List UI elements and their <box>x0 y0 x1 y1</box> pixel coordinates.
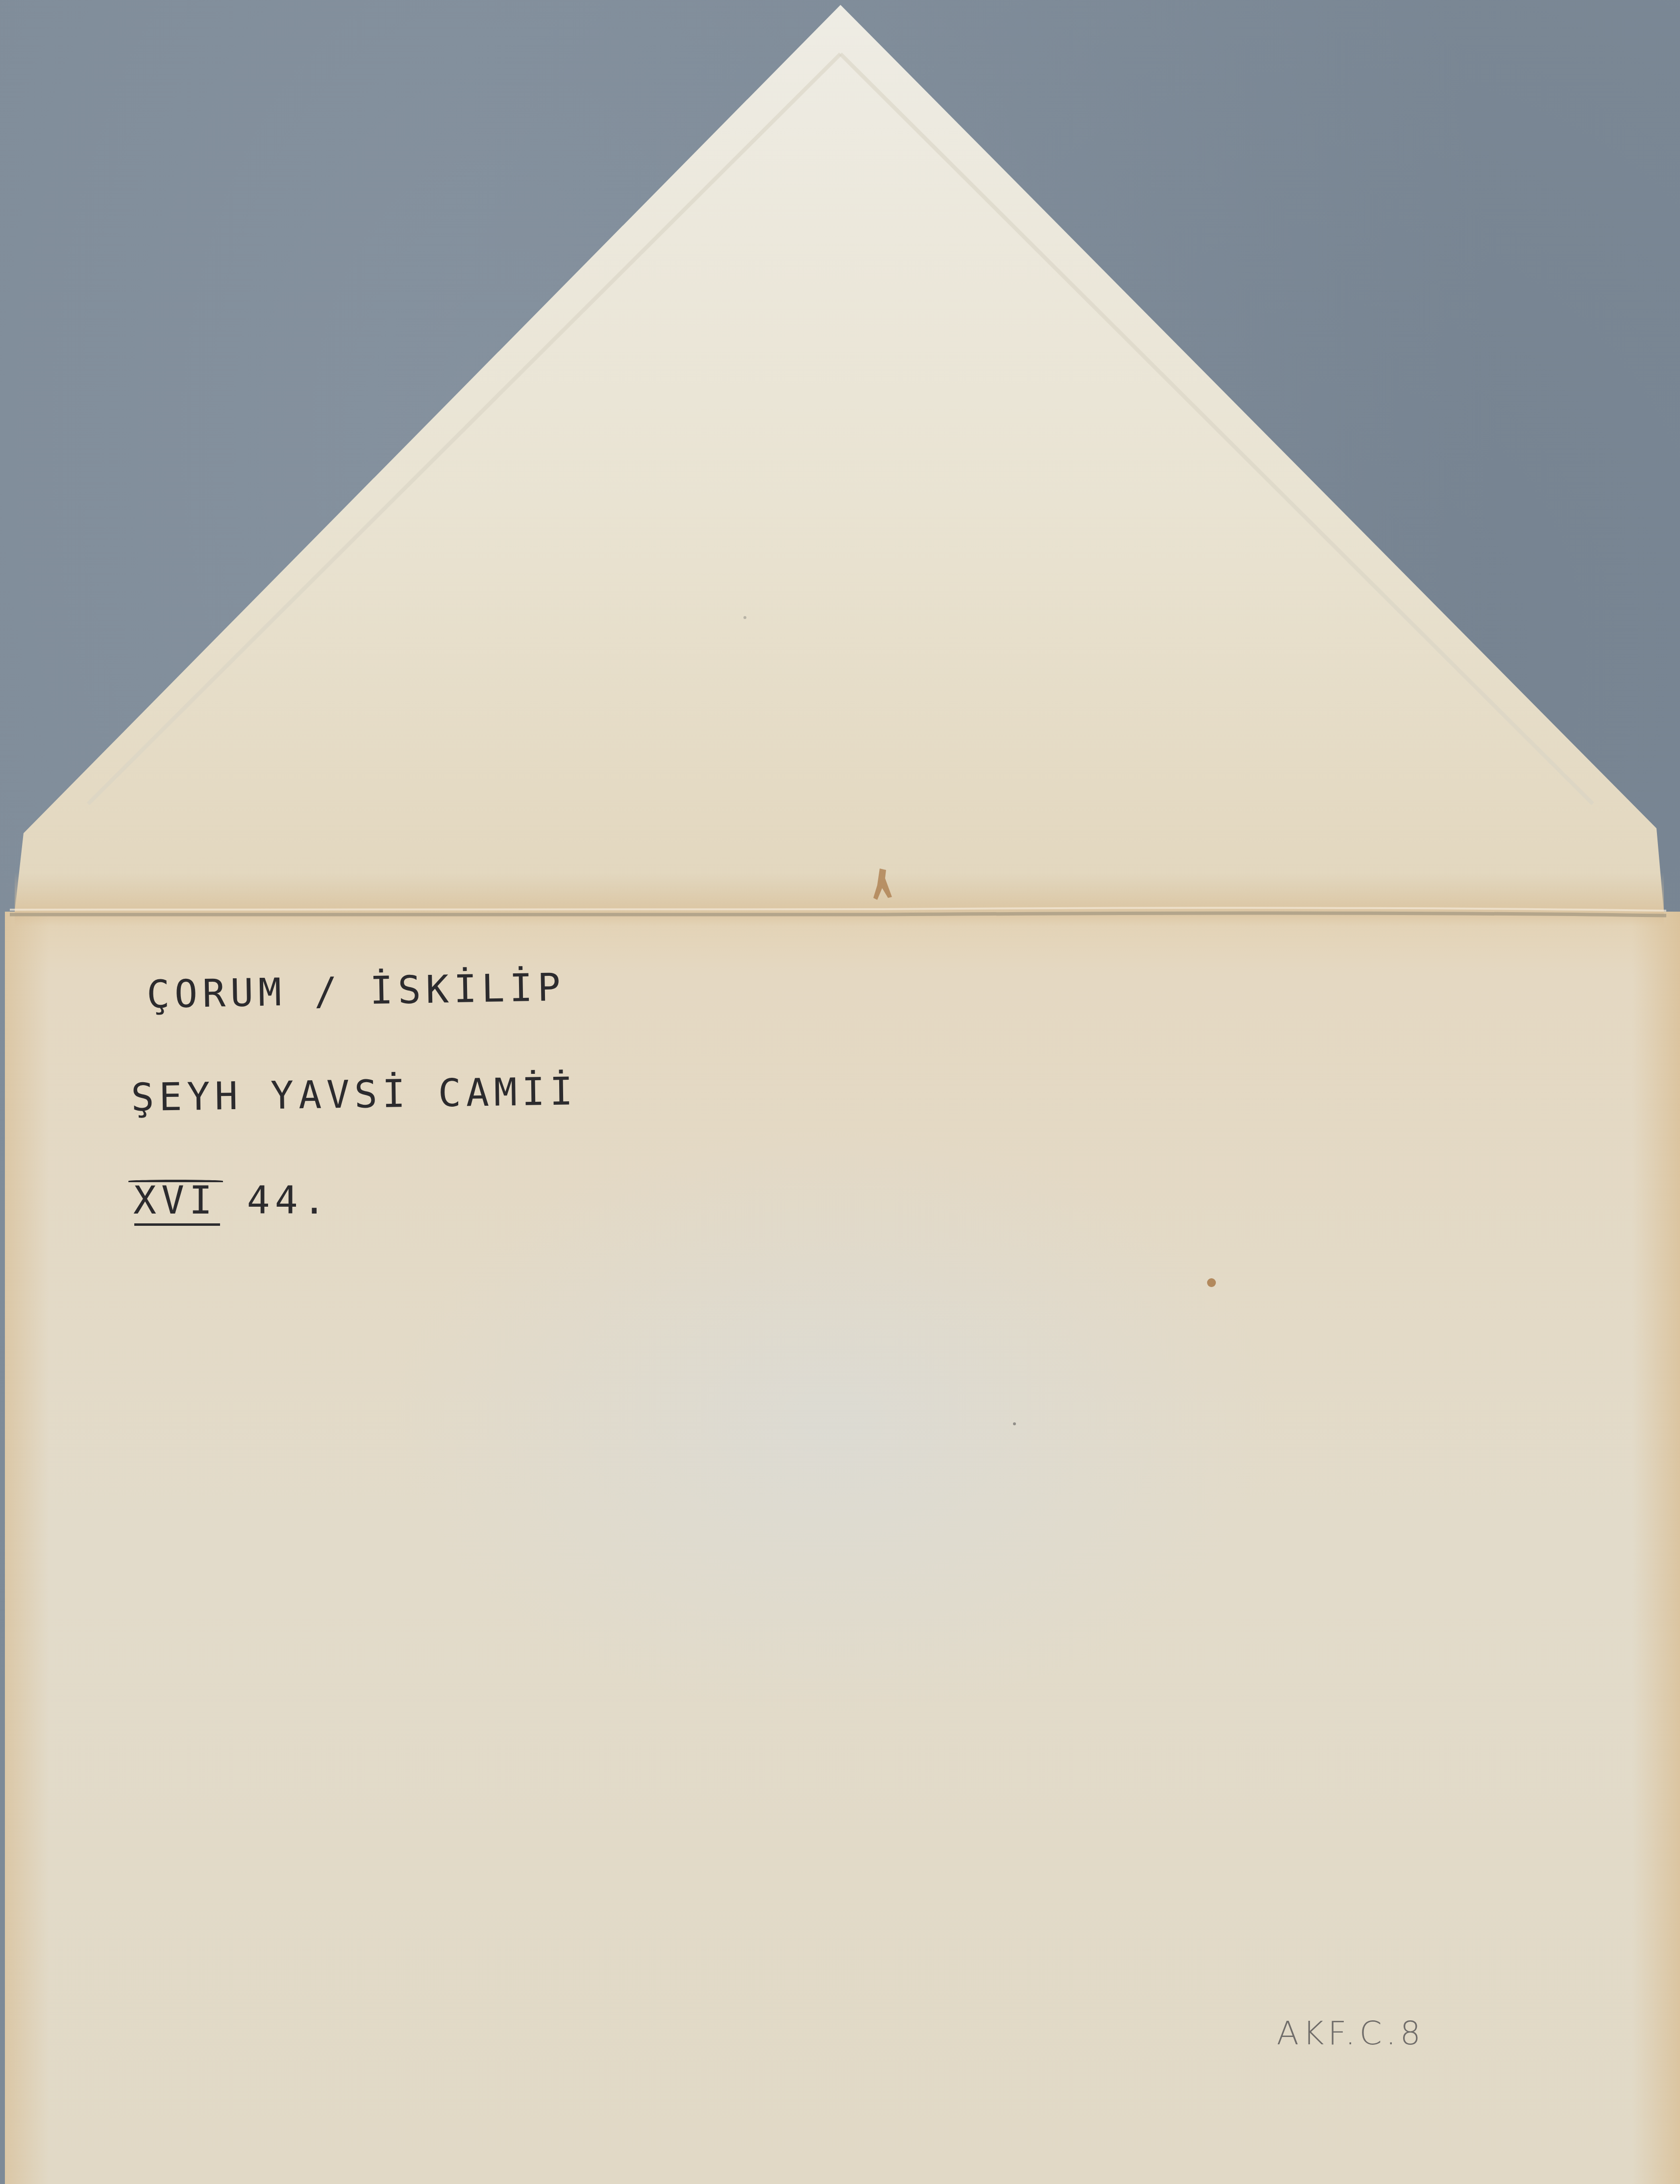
inscription-mosque-name: ŞEYH YAVSİ CAMİİ <box>131 1069 578 1120</box>
inscription-date: XVI 44. <box>131 1179 331 1223</box>
envelope-flap <box>15 5 1664 912</box>
catalog-number: AKF.C.8 <box>1277 2014 1425 2052</box>
inscription-number: 44. <box>247 1179 331 1223</box>
inscription-location: ÇORUM / İSKİLİP <box>146 966 566 1017</box>
stain-spot <box>1207 1278 1216 1287</box>
inscription-century: XVI <box>131 1179 219 1223</box>
